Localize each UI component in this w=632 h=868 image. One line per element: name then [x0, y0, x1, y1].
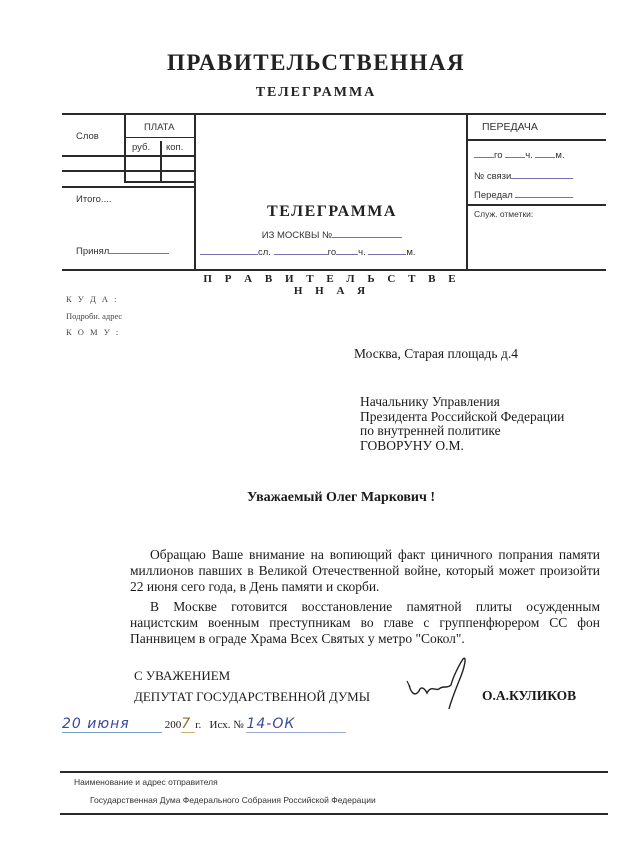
recipient-location: Москва, Старая площадь д.4 [354, 346, 518, 361]
service-notes-label: Служ. отметки: [474, 209, 533, 219]
from-moscow-field: ИЗ МОСКВЫ № [196, 228, 468, 241]
rub-label: руб. [132, 142, 150, 153]
payment-grid-line [160, 141, 162, 181]
recipient-line: Начальнику Управления [360, 395, 564, 410]
date-line: 20 июня 2007г. Исх. № 14-ОК [62, 716, 346, 733]
telegram-center-title: ТЕЛЕГРАММА [196, 203, 468, 221]
recipient-block: Начальнику Управления Президента Российс… [360, 395, 564, 453]
sender-label: Наименование и адрес отправителя [74, 777, 218, 787]
year-digit-handwritten: 7 [181, 716, 195, 733]
letter-paragraph-1: Обращаю Ваше внимание на вопиющий факт ц… [130, 547, 600, 595]
payment-grid-line [62, 170, 194, 172]
form-bottom-caption: П Р А В И Т Е Л Ь С Т В Е Н Н А Я [196, 273, 468, 297]
form-divider-left [194, 115, 196, 271]
salutation: Уважаемый Олег Маркович ! [0, 490, 632, 506]
outgoing-number-handwritten: 14-ОК [246, 716, 346, 733]
letter-paragraph-2: В Москве готовится восстановление памятн… [130, 599, 600, 647]
link-no-field: № связи [474, 169, 573, 182]
sender-box: Наименование и адрес отправителя Государ… [60, 771, 608, 815]
payment-grid-line [124, 181, 194, 183]
recipient-line: Президента Российской Федерации [360, 410, 564, 425]
accepted-blank [109, 244, 169, 254]
to-whom-label: К О М У : [66, 327, 120, 337]
closing: С УВАЖЕНИЕМ [134, 668, 230, 683]
document-subtitle: ТЕЛЕГРАММА [0, 85, 632, 101]
transmission-time: го ч. м. [474, 148, 565, 161]
date-handwritten: 20 июня [62, 716, 162, 733]
signature-icon [405, 655, 480, 713]
payment-grid-line [62, 155, 194, 157]
payment-grid-line [62, 186, 194, 188]
transmitted-by-field: Передал [474, 188, 573, 201]
signer-title: ДЕПУТАТ ГОСУДАРСТВЕННОЙ ДУМЫ [134, 689, 370, 704]
outgoing-label: Исх. № [210, 719, 244, 731]
signer-name: О.А.КУЛИКОВ [482, 688, 576, 703]
detailed-address-label: Подробн. адрес [66, 311, 122, 321]
accepted-label: Принял [76, 244, 169, 257]
document-title: ПРАВИТЕЛЬСТВЕННАЯ [0, 50, 632, 76]
center-time-fields: сл. гоч. м. [200, 245, 416, 258]
where-label: К У Д А : [66, 294, 119, 304]
payment-label: ПЛАТА [144, 122, 174, 133]
recipient-line: ГОВОРУНУ О.М. [360, 439, 564, 454]
kop-label: коп. [166, 142, 183, 153]
payment-grid-line [124, 137, 194, 138]
total-label: Итого.... [76, 194, 111, 205]
transmission-header-line [466, 139, 606, 141]
transmission-label: ПЕРЕДАЧА [482, 121, 538, 133]
service-notes-line [466, 204, 606, 206]
recipient-line: по внутренней политике [360, 424, 564, 439]
words-label: Слов [76, 131, 99, 142]
sender-value: Государственная Дума Федерального Собран… [90, 795, 376, 805]
